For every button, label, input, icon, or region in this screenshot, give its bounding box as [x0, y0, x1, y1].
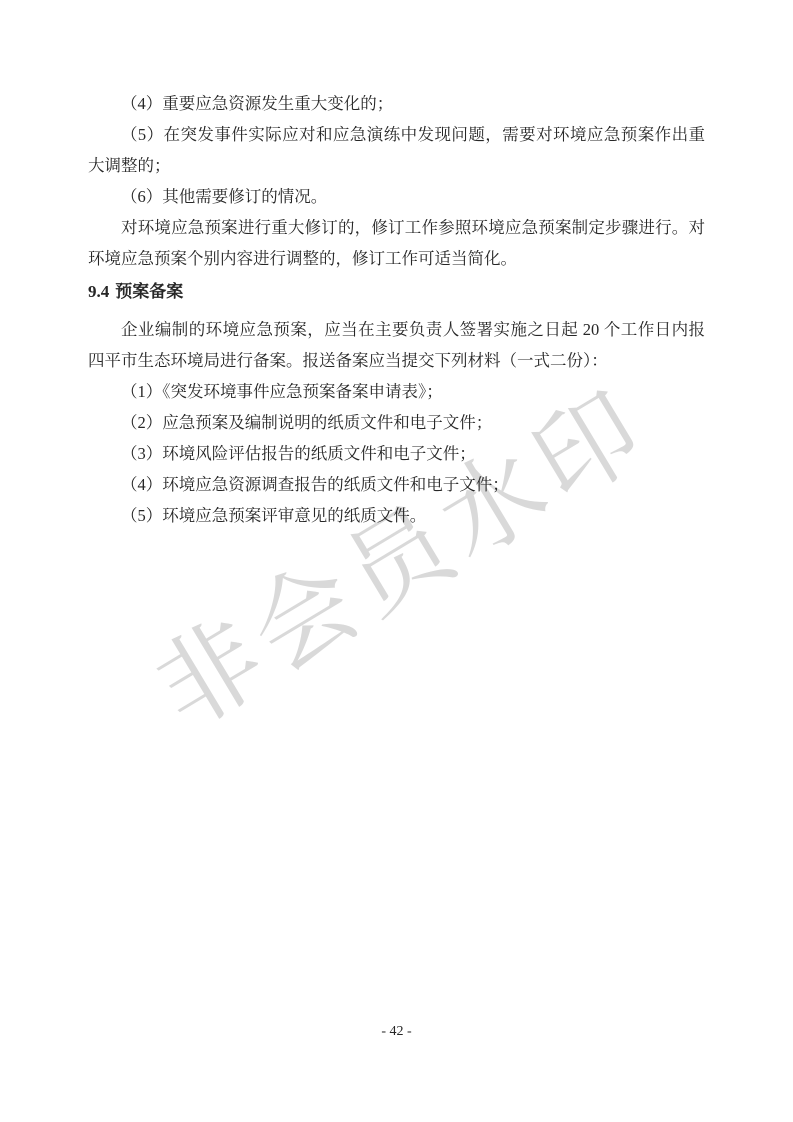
filing-material-item-2: （2）应急预案及编制说明的纸质文件和电子文件； — [88, 407, 705, 438]
filing-material-item-5: （5）环境应急预案评审意见的纸质文件。 — [88, 500, 705, 531]
revision-condition-item-6: （6）其他需要修订的情况。 — [88, 181, 705, 212]
revision-condition-item-5: （5）在突发事件实际应对和应急演练中发现问题，需要对环境应急预案作出重大调整的； — [88, 119, 705, 181]
revision-procedure-paragraph: 对环境应急预案进行重大修订的，修订工作参照环境应急预案制定步骤进行。对环境应急预… — [88, 212, 705, 274]
filing-material-item-3: （3）环境风险评估报告的纸质文件和电子文件； — [88, 438, 705, 469]
document-page: 非会员水印 （4）重要应急资源发生重大变化的； （5）在突发事件实际应对和应急演… — [0, 0, 793, 1122]
section-heading: 9.4预案备案 — [88, 276, 705, 307]
section-number: 9.4 — [88, 282, 109, 301]
section-title: 预案备案 — [115, 282, 183, 301]
revision-condition-item-4: （4）重要应急资源发生重大变化的； — [88, 88, 705, 119]
filing-material-item-4: （4）环境应急资源调查报告的纸质文件和电子文件； — [88, 469, 705, 500]
filing-material-item-1: （1）《突发环境事件应急预案备案申请表》； — [88, 376, 705, 407]
page-number: - 42 - — [0, 1024, 793, 1040]
filing-intro-paragraph: 企业编制的环境应急预案，应当在主要负责人签署实施之日起 20 个工作日内报四平市… — [88, 314, 705, 376]
document-body: （4）重要应急资源发生重大变化的； （5）在突发事件实际应对和应急演练中发现问题… — [88, 88, 705, 531]
